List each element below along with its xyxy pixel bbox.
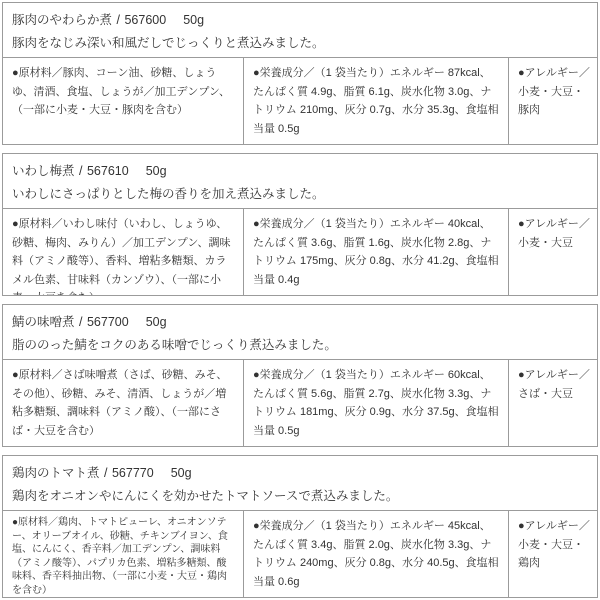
product-name: 鯖の味噌煮 [12,315,75,329]
product-description: 豚肉をなじみ深い和風だしでじっくりと煮込みました。 [12,32,587,55]
product-spec-sheet: { "document": { "background_color": "#ff… [0,0,600,600]
product-code: 567600 [124,13,166,27]
product-card: いわし梅煮 / 56761050g いわしにさっぱりとした梅の香りを加え煮込みま… [2,153,598,296]
product-card: 鯖の味噌煮 / 56770050g 脂ののった鯖をコクのある味噌でじっくり煮込み… [2,304,598,447]
ingredients-cell: ●原材料／いわし味付（いわし、しょうゆ、砂糖、梅肉、みりん）／加工デンプン、調味… [3,209,244,295]
product-size: 50g [183,13,204,27]
product-description: 脂ののった鯖をコクのある味噌でじっくり煮込みました。 [12,334,587,357]
product-header: 鯖の味噌煮 / 56770050g 脂ののった鯖をコクのある味噌でじっくり煮込み… [3,305,597,360]
product-title: いわし梅煮 / 56761050g [12,160,587,183]
product-name: いわし梅煮 [12,164,75,178]
product-header: いわし梅煮 / 56761050g いわしにさっぱりとした梅の香りを加え煮込みま… [3,154,597,209]
product-title: 鯖の味噌煮 / 56770050g [12,311,587,334]
nutrition-cell: ●栄養成分／（1 袋当たり）エネルギー 60kcal、たんぱく質 5.6g、脂質… [244,360,509,446]
product-card: 豚肉のやわらか煮 / 56760050g 豚肉をなじみ深い和風だしでじっくりと煮… [2,2,598,145]
ingredients-cell: ●原材料／さば味噌煮（さば、砂糖、みそ、その他）、砂糖、みそ、清酒、しょうが／増… [3,360,244,446]
nutrition-cell: ●栄養成分／（1 袋当たり）エネルギー 45kcal、たんぱく質 3.4g、脂質… [244,511,509,597]
nutrition-cell: ●栄養成分／（1 袋当たり）エネルギー 40kcal、たんぱく質 3.6g、脂質… [244,209,509,295]
product-description: 鶏肉をオニオンやにんにくを効かせたトマトソースで煮込みました。 [12,485,587,508]
product-header: 鶏肉のトマト煮 / 56777050g 鶏肉をオニオンやにんにくを効かせたトマト… [3,456,597,511]
title-separator: / [79,164,82,178]
product-code: 567770 [112,466,154,480]
product-name: 鶏肉のトマト煮 [12,466,100,480]
product-code: 567610 [87,164,129,178]
product-details: ●原材料／鶏肉、トマトピューレ、オニオンソテー、オリーブオイル、砂糖、チキンブイ… [3,511,597,597]
product-size: 50g [171,466,192,480]
ingredients-cell: ●原材料／豚肉、コーン油、砂糖、しょうゆ、清酒、食塩、しょうが／加工デンプン、（… [3,58,244,144]
product-title: 豚肉のやわらか煮 / 56760050g [12,9,587,32]
product-header: 豚肉のやわらか煮 / 56760050g 豚肉をなじみ深い和風だしでじっくりと煮… [3,3,597,58]
ingredients-cell: ●原材料／鶏肉、トマトピューレ、オニオンソテー、オリーブオイル、砂糖、チキンブイ… [3,511,244,597]
product-size: 50g [146,315,167,329]
allergy-cell: ●アレルギー／小麦・大豆 [509,209,597,295]
product-title: 鶏肉のトマト煮 / 56777050g [12,462,587,485]
product-details: ●原材料／豚肉、コーン油、砂糖、しょうゆ、清酒、食塩、しょうが／加工デンプン、（… [3,58,597,144]
title-separator: / [79,315,82,329]
product-details: ●原材料／いわし味付（いわし、しょうゆ、砂糖、梅肉、みりん）／加工デンプン、調味… [3,209,597,295]
product-description: いわしにさっぱりとした梅の香りを加え煮込みました。 [12,183,587,206]
title-separator: / [104,466,107,480]
title-separator: / [117,13,120,27]
allergy-cell: ●アレルギー／小麦・大豆・豚肉 [509,58,597,144]
nutrition-cell: ●栄養成分／（1 袋当たり）エネルギー 87kcal、たんぱく質 4.9g、脂質… [244,58,509,144]
product-details: ●原材料／さば味噌煮（さば、砂糖、みそ、その他）、砂糖、みそ、清酒、しょうが／増… [3,360,597,446]
product-name: 豚肉のやわらか煮 [12,13,112,27]
product-code: 567700 [87,315,129,329]
allergy-cell: ●アレルギー／小麦・大豆・鶏肉 [509,511,597,597]
allergy-cell: ●アレルギー／さば・大豆 [509,360,597,446]
product-card: 鶏肉のトマト煮 / 56777050g 鶏肉をオニオンやにんにくを効かせたトマト… [2,455,598,598]
product-size: 50g [146,164,167,178]
